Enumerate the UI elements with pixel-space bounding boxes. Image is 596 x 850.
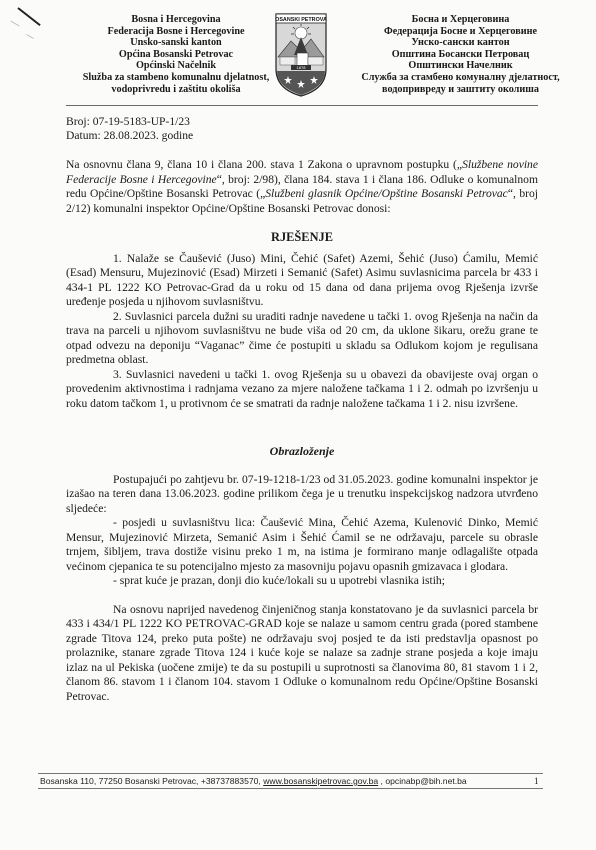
decision-item: 3. Suvlasnici navedeni u tački 1. ovog R… — [66, 368, 538, 412]
scan-mark — [10, 21, 19, 27]
scan-mark — [26, 34, 33, 39]
reasoning-paragraph: Postupajući po zahtjevu br. 07-19-1218-1… — [66, 473, 538, 517]
decision-item: 2. Suvlasnici parcela dužni su uraditi r… — [66, 310, 538, 368]
header-line: Općinski Načelnik — [80, 60, 272, 72]
header-line: Općina Bosanski Petrovac — [80, 49, 272, 61]
header-line: Služba za stambeno komunalnu djelatnost, — [80, 72, 272, 84]
crest-year: 1878 — [297, 65, 307, 70]
footer-email-link[interactable]: opcinabp@bih.net.ba — [385, 776, 466, 786]
header-line: Унско-сански кантон — [338, 37, 583, 49]
document-number: Broj: 07-19-5183-UP-1/23 — [66, 115, 193, 129]
header-line: Општински Начелник — [338, 60, 583, 72]
header-cyrillic: Босна и Херцеговина Федерација Босне и Х… — [338, 14, 583, 95]
header-line: водопривреду и заштиту околиша — [338, 84, 583, 96]
footer-contact: Bosanska 110, 77250 Bosanski Petrovac, +… — [40, 775, 467, 787]
header-latin: Bosna i Hercegovina Federacija Bosne i H… — [80, 14, 272, 95]
document-meta: Broj: 07-19-5183-UP-1/23 Datum: 28.08.20… — [66, 115, 193, 143]
header-line: Општина Босански Петровац — [338, 49, 583, 61]
footer-divider — [38, 773, 543, 774]
intro-paragraph: Na osnovnu člana 9, člana 10 i člana 200… — [66, 158, 538, 216]
municipal-coat-of-arms-icon: BOSANSKI PETROVAC 1878 — [275, 13, 327, 97]
decision-title: RJEŠENJE — [66, 230, 538, 245]
header-line: Босна и Херцеговина — [338, 14, 583, 26]
document-date: Datum: 28.08.2023. godine — [66, 129, 193, 143]
scan-mark — [17, 7, 40, 26]
decision-item: 1. Nalaže se Čaušević (Juso) Mini, Čehić… — [66, 252, 538, 310]
header-line: Служба за стамбено комуналну дјелатност, — [338, 72, 583, 84]
header-line: Federacija Bosne i Hercegovine — [80, 26, 272, 38]
header-line: Bosna i Hercegovina — [80, 14, 272, 26]
header-divider — [66, 105, 538, 106]
header-line: vodoprivredu i zaštitu okoliša — [80, 84, 272, 96]
reasoning-section: Obrazloženje Postupajući po zahtjevu br.… — [66, 444, 538, 704]
header-line: Unsko-sanski kanton — [80, 37, 272, 49]
page-number: 1 — [534, 775, 539, 787]
reasoning-paragraph: - sprat kuće je prazan, donji dio kuće/l… — [66, 574, 538, 589]
decision-section: RJEŠENJE 1. Nalaže se Čaušević (Juso) Mi… — [66, 230, 538, 411]
reasoning-paragraph: Na osnovu naprijed navedenog činjeničnog… — [66, 603, 538, 705]
header-line: Федерација Босне и Херцеговине — [338, 26, 583, 38]
reasoning-title: Obrazloženje — [66, 444, 538, 459]
reasoning-paragraph: - posjedi u suvlasništvu lica: Čaušević … — [66, 516, 538, 574]
footer-address: Bosanska 110, 77250 Bosanski Petrovac, +… — [40, 776, 263, 786]
crest-banner: BOSANSKI PETROVAC — [275, 17, 327, 23]
footer-website-link[interactable]: www.bosanskipetrovac.gov.ba — [263, 776, 378, 786]
municipal-gazette-title: Službeni glasnik Općine/Opštine Bosanski… — [265, 187, 508, 200]
footer-divider — [38, 788, 543, 789]
